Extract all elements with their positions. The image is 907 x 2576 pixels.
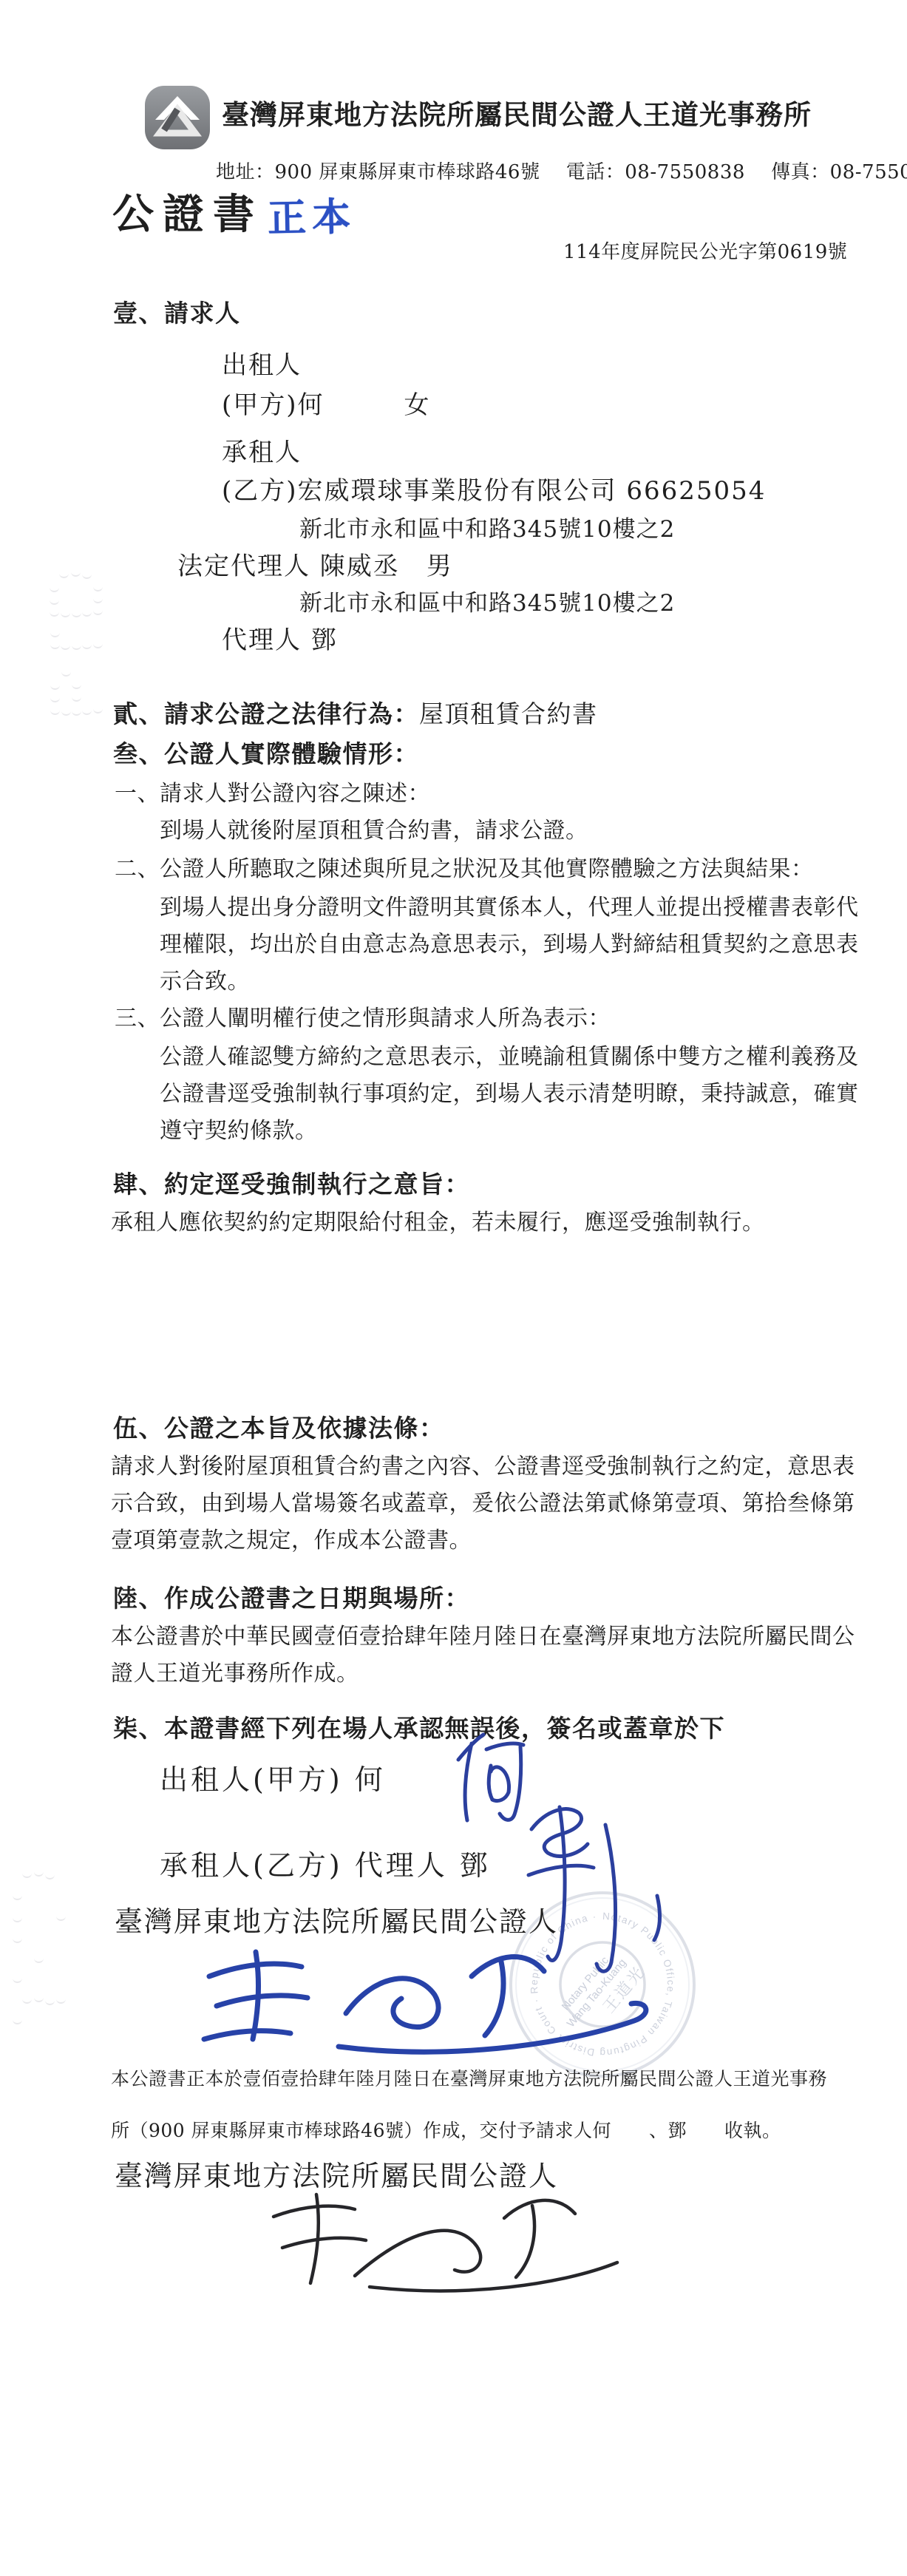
- legal-representative-line: 法定代理人 陳威丞 男: [177, 546, 453, 582]
- copy-type-stamp: 正本: [267, 186, 357, 243]
- scan-artifact: [72, 682, 81, 689]
- scan-artifact: [34, 1869, 44, 1877]
- section6-body-line1: 本公證書於中華民國壹佰壹拾肆年陸月陸日在臺灣屏東地方法院所屬民間公: [111, 1618, 855, 1650]
- scan-artifact: [50, 597, 59, 605]
- section5-body-line3: 壹項第壹款之規定，作成本公證書。: [111, 1522, 472, 1554]
- document-title: 公證書: [112, 182, 263, 241]
- scan-artifact: [13, 1893, 22, 1900]
- scan-artifact: [34, 1995, 44, 2002]
- section5-body-line1: 請求人對後附屋頂租賃合約書之內容、公證書逕受強制執行之約定，意思表: [111, 1448, 855, 1480]
- agent-line: 代理人 鄧: [222, 620, 338, 656]
- section3-item3-body-line1: 公證人確認雙方締約之意思表示，並曉諭租賃關係中雙方之權利義務及: [160, 1038, 859, 1071]
- scan-artifact: [50, 695, 60, 702]
- section3-item2-title: 二、公證人所聽取之陳述與所見之狀況及其他實際體驗之方法與結果：: [115, 850, 814, 883]
- scan-artifact: [93, 706, 103, 714]
- notary-office-logo-icon: [142, 81, 213, 154]
- section3-item1-body: 到場人就後附屋頂租賃合約書，請求公證。: [160, 812, 588, 844]
- scan-artifact: [61, 610, 70, 617]
- section3-heading: 叁、公證人實際體驗情形：: [113, 735, 419, 770]
- scan-artifact: [82, 609, 92, 617]
- case-number: 114年度屏院民公光字第0619號: [563, 237, 847, 264]
- scan-artifact: [56, 1996, 66, 2004]
- section2-heading-object: 屋頂租賃合約書: [419, 699, 598, 728]
- scan-artifact: [22, 1871, 32, 1878]
- section4-heading: 肆、約定逕受強制執行之意旨：: [113, 1165, 470, 1200]
- scan-artifact: [93, 584, 103, 592]
- scan-artifact: [93, 596, 103, 603]
- scan-artifact: [50, 609, 59, 617]
- section3-item2-body-line1: 到場人提出身分證明文件證明其實係本人，代理人並提出授權書表彰代: [160, 889, 859, 921]
- section7-heading: 柒、本證書經下列在場人承認無誤後，簽名或蓋章於下: [113, 1709, 725, 1744]
- section3-item3-body-line2: 公證書逕受強制執行事項約定，到場人表示清楚明瞭，秉持誠意，確實: [160, 1075, 859, 1108]
- section2-heading: 貳、請求公證之法律行為：屋頂租賃合約書: [113, 695, 598, 730]
- scan-artifact: [50, 585, 59, 592]
- scan-artifact: [72, 694, 81, 702]
- scan-artifact: [45, 1872, 55, 1880]
- section4-body: 承租人應依契約約定期限給付租金，若未履行，應逕受強制執行。: [111, 1204, 765, 1236]
- closing-line-2: 所（900 屏東縣屏東市棒球路46號）作成，交付予請求人何 、鄧 收執。: [111, 2116, 781, 2143]
- office-address-line: 地址：900 屏東縣屏東市棒球路46號 電話：08-7550838 傳真：08-…: [216, 157, 907, 184]
- scan-artifact: [82, 708, 92, 715]
- notarial-certificate-page: 臺灣屏東地方法院所屬民間公證人王道光事務所 地址：900 屏東縣屏東市棒球路46…: [0, 0, 907, 2576]
- scan-artifact: [72, 610, 81, 617]
- scan-artifact: [61, 669, 71, 677]
- section5-body-line2: 示合致，由到場人當場簽名或蓋章，爰依公證法第貳條第壹項、第拾叁條第: [111, 1485, 855, 1517]
- scan-artifact: [50, 682, 60, 690]
- legal-representative-address: 新北市永和區中和路345號10樓之2: [299, 584, 675, 617]
- scan-artifact: [72, 643, 81, 650]
- lessor-signature-line: 出租人(甲方) 何: [160, 1757, 386, 1797]
- lessee-signature-line: 承租人(乙方) 代理人 鄧: [160, 1843, 491, 1883]
- scan-artifact: [71, 569, 81, 577]
- office-name: 臺灣屏東地方法院所屬民間公證人王道光事務所: [222, 92, 812, 132]
- scan-artifact: [34, 1956, 44, 1963]
- scan-artifact: [13, 1976, 22, 1983]
- scan-artifact: [82, 642, 92, 649]
- scan-artifact: [50, 708, 60, 715]
- notary-title-line-1: 臺灣屏東地方法院所屬民間公證人: [115, 1899, 558, 1939]
- scan-artifact: [45, 1998, 55, 2005]
- scan-artifact: [59, 571, 69, 578]
- scan-artifact: [50, 630, 60, 637]
- scan-artifact: [61, 708, 71, 716]
- closing-line-1: 本公證書正本於壹佰壹拾肆年陸月陸日在臺灣屏東地方法院所屬民間公證人王道光事務: [111, 2064, 827, 2091]
- scan-artifact: [82, 572, 92, 579]
- scan-artifact: [22, 1996, 32, 2004]
- lessor-label: 出租人: [222, 345, 302, 381]
- lessee-party-line: (乙方)宏威環球事業股份有限公司 66625054: [222, 470, 766, 506]
- lessee-label: 承租人: [222, 432, 302, 468]
- lessee-address: 新北市永和區中和路345號10樓之2: [299, 510, 675, 543]
- section3-item1-title: 一、請求人對公證內容之陳述：: [115, 775, 430, 807]
- notary-handwritten-signature-black: [244, 2180, 628, 2298]
- scan-artifact: [93, 608, 103, 615]
- section5-heading: 伍、公證之本旨及依據法條：: [113, 1409, 445, 1444]
- lessor-party-line: (甲方)何 女: [222, 384, 431, 421]
- section3-item3-body-line3: 遵守契約條款。: [160, 1112, 318, 1145]
- notary-handwritten-signature-blue: [191, 1936, 649, 2058]
- section3-item2-body-line2: 理權限，均出於自由意志為意思表示，到場人對締結租賃契約之意思表: [160, 926, 859, 958]
- scan-artifact: [93, 641, 103, 648]
- section1-heading: 壹、請求人: [113, 294, 241, 329]
- section2-heading-prefix: 貳、請求公證之法律行為：: [113, 699, 419, 728]
- scan-artifact: [13, 1936, 22, 1943]
- section6-heading: 陸、作成公證書之日期與場所：: [113, 1579, 470, 1614]
- scan-artifact: [72, 708, 81, 716]
- section6-body-line2: 證人王道光事務所作成。: [111, 1655, 359, 1687]
- section3-item3-title: 三、公證人闡明權行使之情形與請求人所為表示：: [115, 1000, 611, 1032]
- scan-artifact: [61, 643, 70, 650]
- section3-item2-body-line3: 示合致。: [160, 963, 250, 995]
- scan-artifact: [13, 2017, 22, 2024]
- scan-artifact: [13, 1915, 22, 1922]
- scan-artifact: [56, 1914, 66, 1921]
- scan-artifact: [50, 642, 60, 649]
